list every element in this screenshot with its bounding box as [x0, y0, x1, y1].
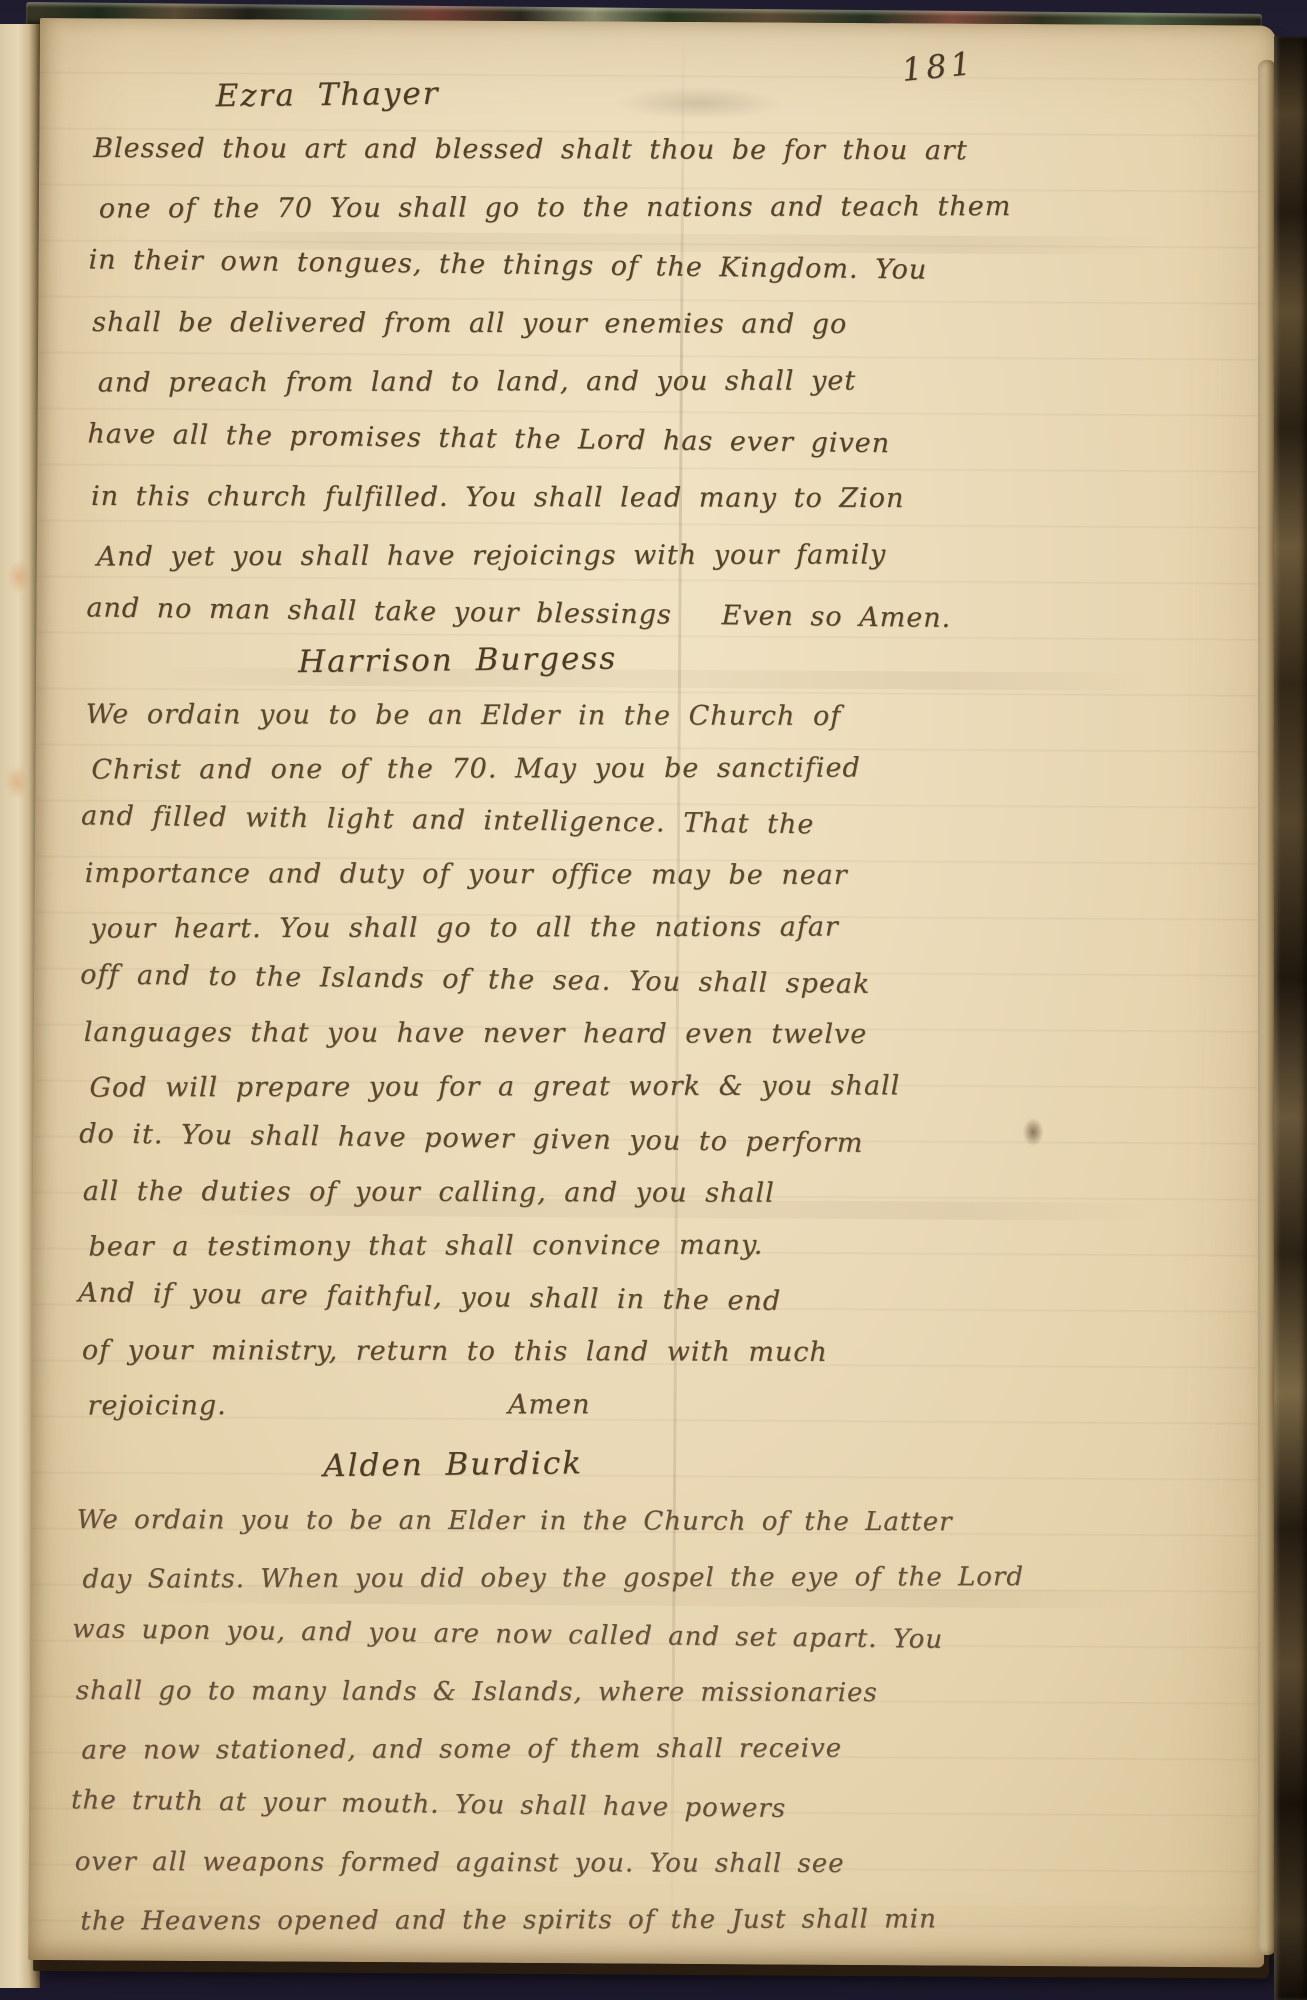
section-heading: Alden Burdick [323, 1440, 1061, 1484]
manuscript-line: was upon you, and you are now called and… [72, 1603, 1061, 1672]
manuscript-line: the Heavens opened and the spirits of th… [80, 1893, 1058, 1953]
manuscript-line: in this church fulfilled. You shall lead… [91, 470, 1035, 530]
manuscript-line: are now stationed, and some of them shal… [81, 1722, 1059, 1782]
manuscript-line: day Saints. When you did obey the gospel… [82, 1551, 1060, 1611]
manuscript-page: 181 Ezra Thayer Blessed thou art and ble… [28, 18, 1276, 1968]
manuscript-line: shall be delivered from all your enemies… [92, 296, 1036, 356]
manuscript-line: shall go to many lands & Islands, where … [76, 1665, 1060, 1725]
manuscript-line: over all weapons formed against you. You… [75, 1836, 1059, 1896]
manuscript-line: your heart. You shall go to all the nati… [90, 902, 1043, 957]
manuscript-line: all the duties of your calling, and you … [83, 1167, 1042, 1223]
book-scan: 181 Ezra Thayer Blessed thou art and ble… [0, 0, 1307, 2000]
book-cover-marbled-edge-right [1274, 36, 1307, 2000]
section-heading: Harrison Burgess [298, 636, 1045, 680]
manuscript-line: Christ and one of the 70. May you be san… [91, 743, 1044, 798]
manuscript-line: off and to the Islands of the sea. You s… [80, 950, 1044, 1015]
manuscript-line: the truth at your mouth. You shall have … [71, 1774, 1060, 1843]
manuscript-line: have all the promises that the Lord has … [87, 407, 1036, 477]
blessing-section-alden-burdick: Alden Burdick We ordain you to be an Eld… [68, 1440, 1061, 1954]
manuscript-line: do it. You shall have power given you to… [79, 1109, 1043, 1174]
manuscript-line: and filled with light and intelligence. … [81, 791, 1045, 856]
manuscript-line: We ordain you to be an Elder in the Chur… [77, 1494, 1061, 1554]
manuscript-line: importance and duty of your office may b… [85, 849, 1044, 905]
manuscript-line: rejoicing. Amen [87, 1379, 1040, 1434]
blessing-section-ezra-thayer: Ezra Thayer Blessed thou art and blessed… [84, 70, 1037, 648]
manuscript-line: and preach from land to land, and you sh… [98, 354, 1036, 414]
blessing-section-harrison-burgess: Harrison Burgess We ordain you to be an … [75, 636, 1045, 1436]
manuscript-line: one of the 70 You shall go to the nation… [99, 180, 1037, 240]
manuscript-line: We ordain you to be an Elder in the Chur… [86, 690, 1045, 746]
section-heading: Ezra Thayer [215, 69, 1037, 114]
manuscript-line: Blessed thou art and blessed shalt thou … [93, 122, 1037, 182]
manuscript-line: of your ministry, return to this land wi… [82, 1326, 1041, 1382]
manuscript-line: And if you are faithful, you shall in th… [78, 1268, 1042, 1333]
manuscript-line: bear a testimony that shall convince man… [88, 1220, 1041, 1275]
manuscript-line: languages that you have never heard even… [84, 1008, 1043, 1064]
manuscript-line: in their own tongues, the things of the … [88, 233, 1037, 303]
paper-stain [4, 554, 34, 600]
paper-stain [2, 759, 32, 805]
manuscript-line: And yet you shall have rejoicings with y… [97, 528, 1035, 588]
manuscript-line: God will prepare you for a great work & … [89, 1061, 1042, 1116]
